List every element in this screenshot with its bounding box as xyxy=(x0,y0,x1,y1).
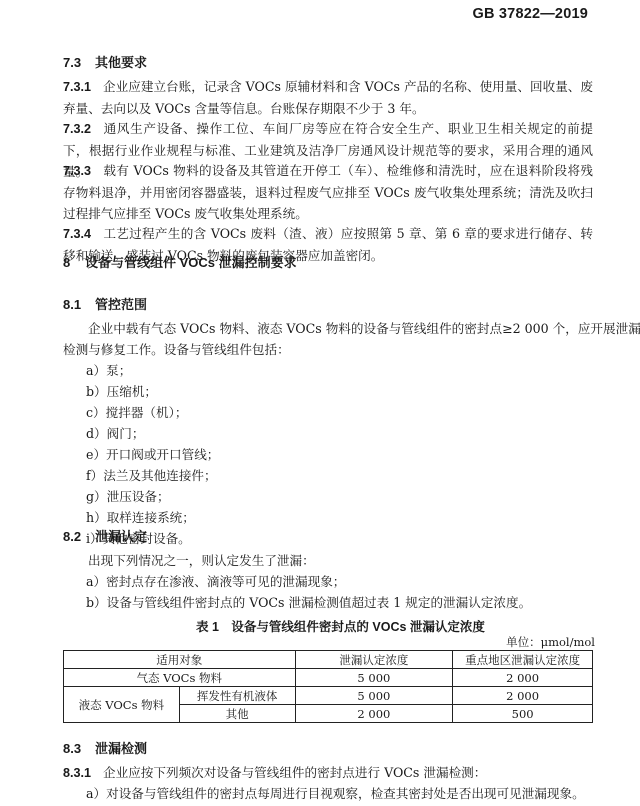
section-title: 管控范围 xyxy=(95,297,147,312)
section-8-2-intro: 出现下列情况之一，则认定发生了泄漏： xyxy=(88,550,315,571)
section-8-1-intro-line1: 企业中载有气态 VOCs 物料、液态 VOCs 物料的设备与管线组件的密封点≥2… xyxy=(88,318,640,339)
clause-7-3-3: 7.3.3载有 VOCs 物料的设备及其管道在开停工（车）、检维修和清洗时，应在… xyxy=(63,160,593,224)
chapter-number: 8 xyxy=(63,255,81,270)
table-cell: 气态 VOCs 物料 xyxy=(64,669,296,687)
table-cell: 5 000 xyxy=(295,669,453,687)
section-8-2-heading: 8.2泄漏认定 xyxy=(63,526,147,545)
clause-number: 7.3.3 xyxy=(63,164,91,178)
table-caption: 表 1 设备与管线组件密封点的 VOCs 泄漏认定浓度 xyxy=(196,617,485,635)
leak-threshold-table: 适用对象 泄漏认定浓度 重点地区泄漏认定浓度 气态 VOCs 物料 5 000 … xyxy=(63,650,593,723)
header-cell: 重点地区泄漏认定浓度 xyxy=(453,651,593,669)
standard-code: GB 37822—2019 xyxy=(473,6,588,22)
clause-number: 8.3.1 xyxy=(63,766,91,780)
clause-text: 企业应按下列频次对设备与管线组件的密封点进行 VOCs 泄漏检测： xyxy=(103,765,486,780)
list-item: a）密封点存在渗液、滴液等可见的泄漏现象； xyxy=(86,571,345,592)
table-cell: 5 000 xyxy=(295,687,453,705)
clause-number: 7.3.2 xyxy=(63,122,91,136)
table-unit: 单位：μmol/mol xyxy=(506,634,595,650)
section-title: 其他要求 xyxy=(95,55,147,70)
clause-number: 7.3.4 xyxy=(63,227,91,241)
section-title: 泄漏认定 xyxy=(95,529,147,544)
table-cell: 2 000 xyxy=(453,669,593,687)
section-title: 泄漏检测 xyxy=(95,741,147,756)
list-item: g）泄压设备； xyxy=(86,486,170,507)
section-number: 7.3 xyxy=(63,55,87,70)
list-item: c）搅拌器（机）； xyxy=(86,402,188,423)
section-number: 8.2 xyxy=(63,529,87,544)
list-item: a）泵； xyxy=(86,360,131,381)
section-number: 8.1 xyxy=(63,297,87,312)
list-item: b）压缩机； xyxy=(86,381,157,402)
table-cell: 其他 xyxy=(179,705,295,723)
chapter-8-heading: 8设备与管线组件 VOCs 泄漏控制要求 xyxy=(63,252,297,271)
table-header-row: 适用对象 泄漏认定浓度 重点地区泄漏认定浓度 xyxy=(64,651,593,669)
clause-7-3-1: 7.3.1企业应建立台账，记录含 VOCs 原辅材料和含 VOCs 产品的名称、… xyxy=(63,76,593,119)
list-item: a）对设备与管线组件的密封点每周进行目视观察，检查其密封处是否出现可见泄漏现象。 xyxy=(86,783,585,804)
clause-text: 企业应建立台账，记录含 VOCs 原辅材料和含 VOCs 产品的名称、使用量、回… xyxy=(63,79,593,116)
table-cell: 2 000 xyxy=(453,687,593,705)
list-item: h）取样连接系统； xyxy=(86,507,195,528)
section-8-1-heading: 8.1管控范围 xyxy=(63,294,147,313)
table-row: 液态 VOCs 物料 挥发性有机液体 5 000 2 000 xyxy=(64,687,593,705)
header-cell: 适用对象 xyxy=(64,651,296,669)
header-cell: 泄漏认定浓度 xyxy=(295,651,453,669)
clause-number: 7.3.1 xyxy=(63,80,91,94)
section-number: 8.3 xyxy=(63,741,87,756)
clause-text: 载有 VOCs 物料的设备及其管道在开停工（车）、检维修和清洗时，应在退料阶段将… xyxy=(63,163,593,221)
clause-8-3-1: 8.3.1企业应按下列频次对设备与管线组件的密封点进行 VOCs 泄漏检测： xyxy=(63,762,486,784)
table-cell: 液态 VOCs 物料 xyxy=(64,687,180,723)
table-cell: 500 xyxy=(453,705,593,723)
table-cell: 挥发性有机液体 xyxy=(179,687,295,705)
chapter-title: 设备与管线组件 VOCs 泄漏控制要求 xyxy=(85,255,297,270)
list-item: b）设备与管线组件密封点的 VOCs 泄漏检测值超过表 1 规定的泄漏认定浓度。 xyxy=(86,592,531,613)
table-cell: 2 000 xyxy=(295,705,453,723)
list-item: e）开口阀或开口管线； xyxy=(86,444,219,465)
list-item: f）法兰及其他连接件； xyxy=(86,465,217,486)
list-item: d）阀门； xyxy=(86,423,144,444)
table-row: 气态 VOCs 物料 5 000 2 000 xyxy=(64,669,593,687)
section-8-1-intro-line2: 检测与修复工作。设备与管线组件包括： xyxy=(63,339,290,360)
section-7-3-heading: 7.3其他要求 xyxy=(63,52,147,71)
section-8-3-heading: 8.3泄漏检测 xyxy=(63,738,147,757)
